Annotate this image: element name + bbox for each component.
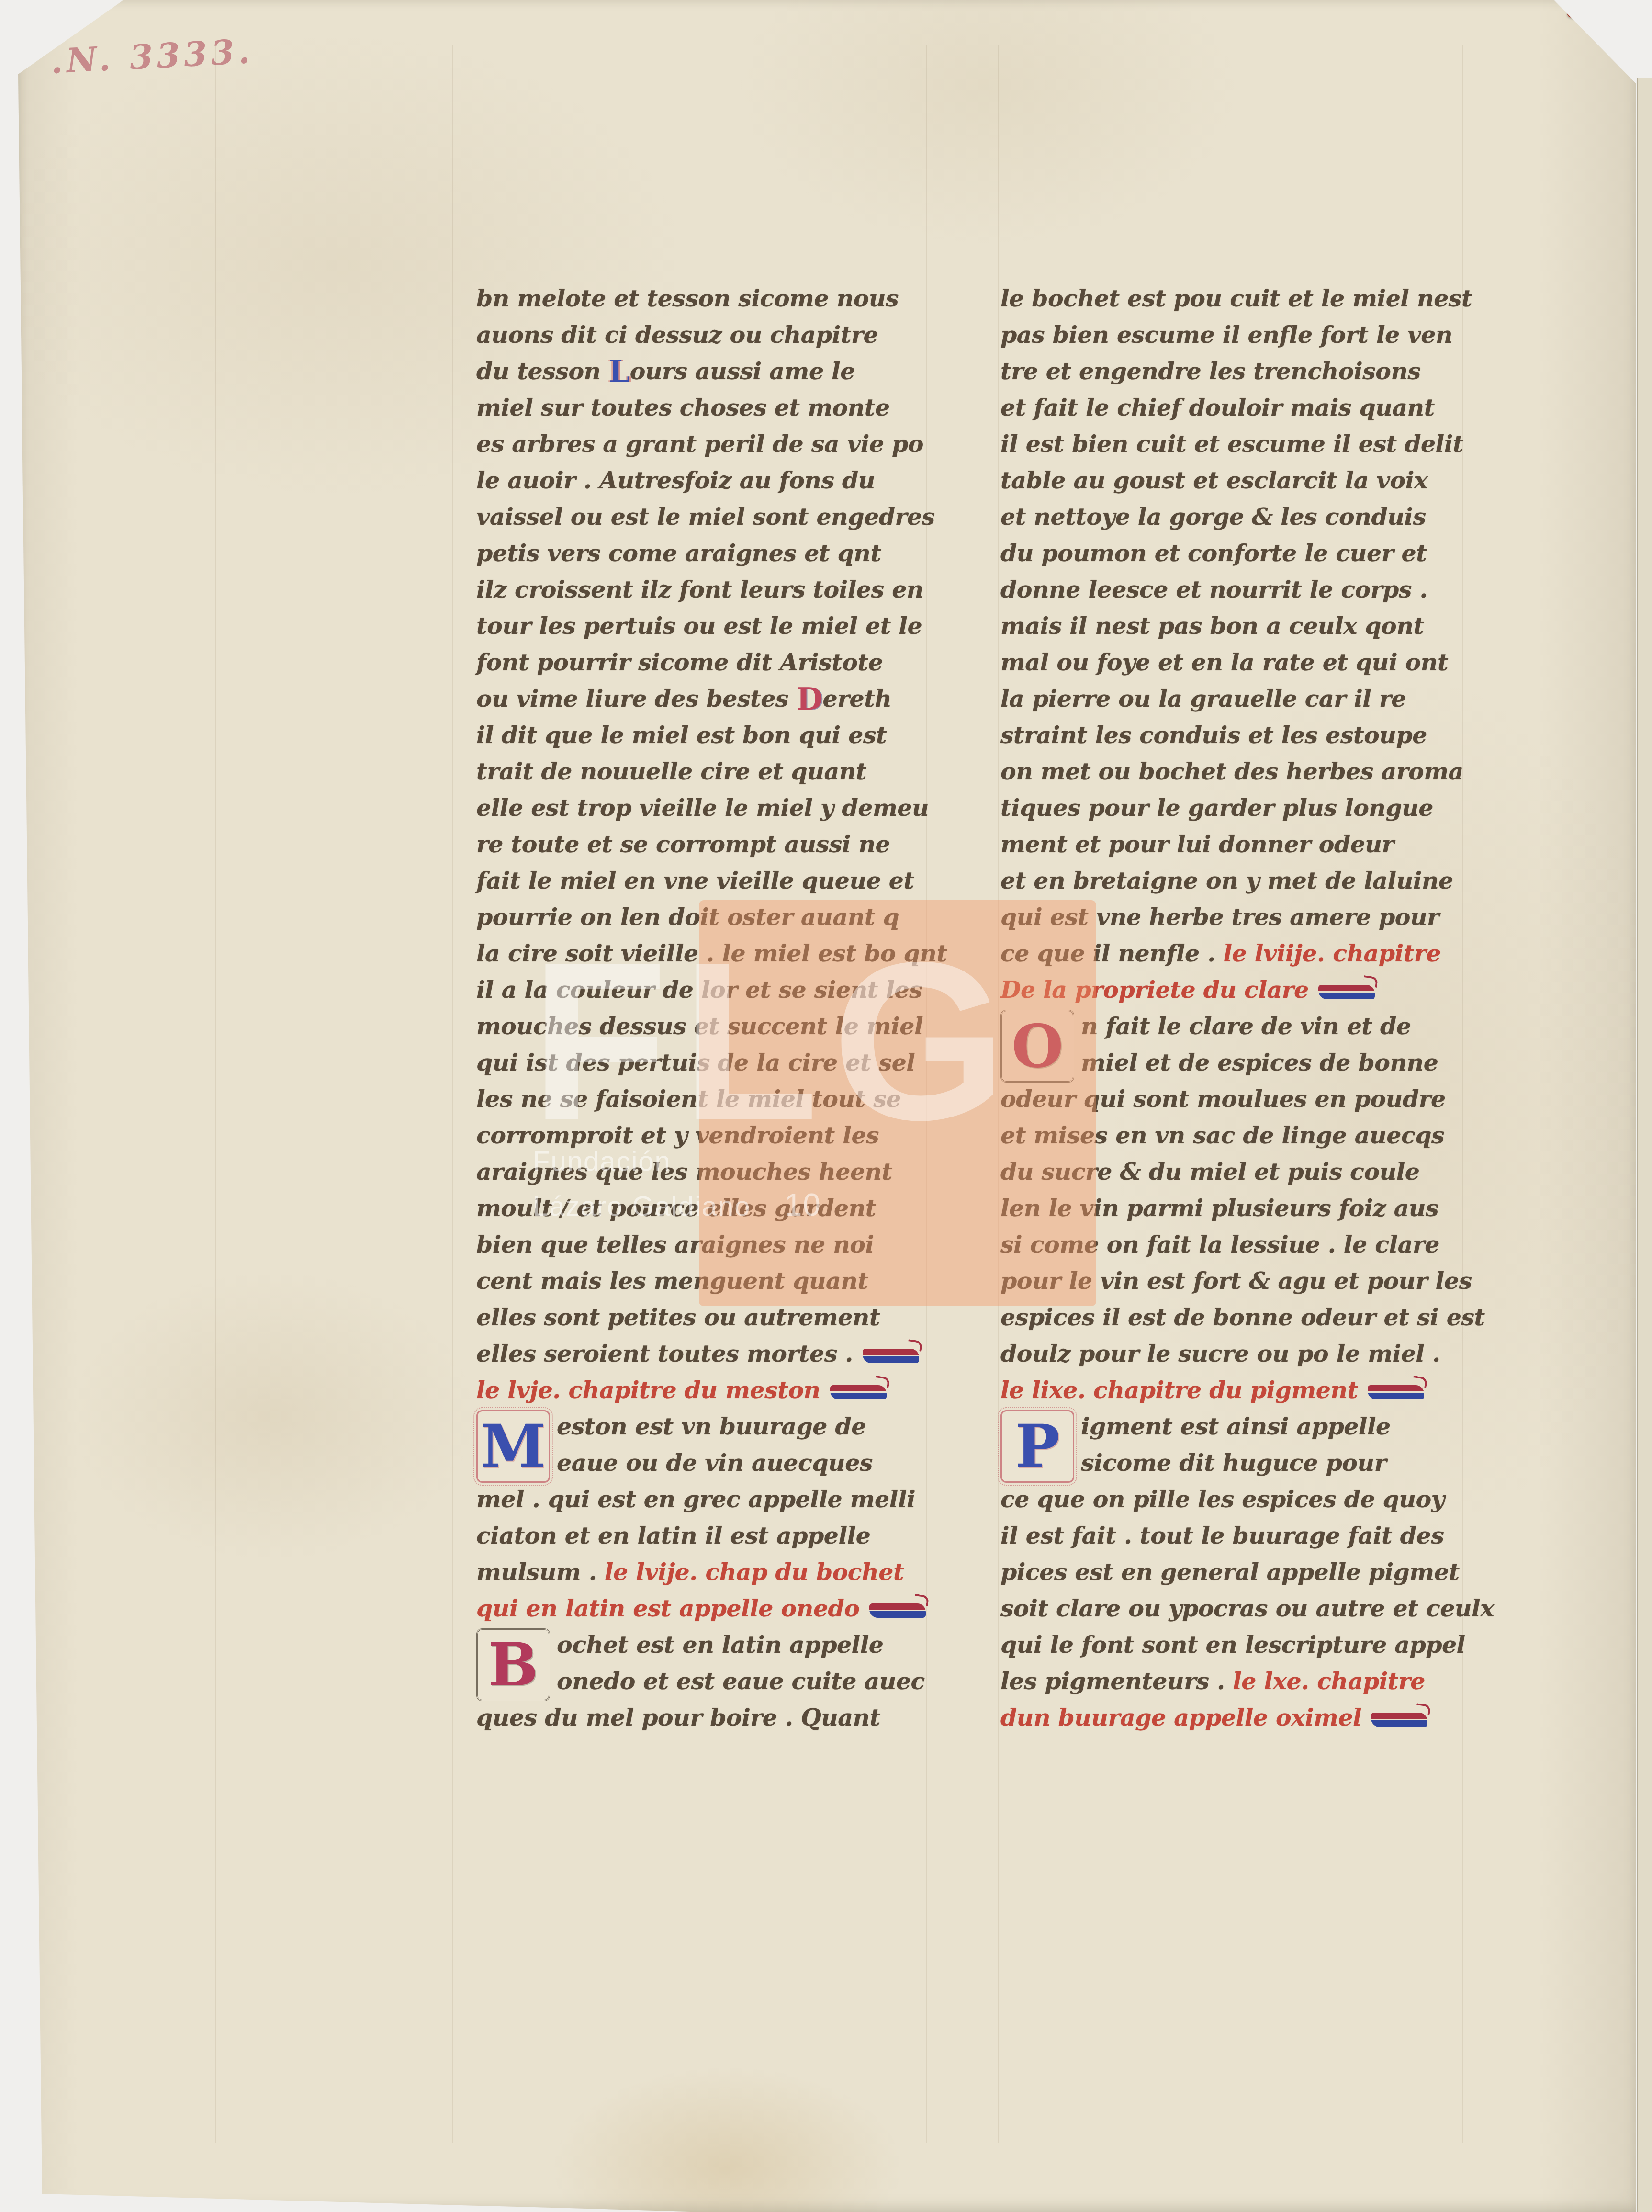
manuscript-line: eaue ou de vin auecques xyxy=(476,1445,931,1481)
text-segment: re toute et se corrompt aussi ne xyxy=(476,830,890,858)
manuscript-line: le auoir . Autresfoiz au fons du xyxy=(476,462,931,498)
manuscript-line: corromproit et y vendroient les xyxy=(476,1117,931,1153)
text-segment: elles seroient toutes mortes . xyxy=(476,1340,853,1367)
text-segment: pour le vin est fort & agu et pour les xyxy=(1000,1267,1472,1295)
manuscript-line: donne leesce et nourrit le corps . xyxy=(1000,571,1460,608)
manuscript-line: es arbres a grant peril de sa vie po xyxy=(476,426,931,462)
manuscript-line: mel . qui est en grec appelle melli xyxy=(476,1481,931,1517)
text-segment: le auoir . Autresfoiz au fons du xyxy=(476,466,875,494)
text-segment: soit clare ou ypocras ou autre et ceulx xyxy=(1000,1594,1494,1622)
endband-binding-thread xyxy=(1566,0,1652,45)
page-fore-edge xyxy=(1637,78,1652,2212)
manuscript-line: ment et pour lui donner odeur xyxy=(1000,826,1460,862)
text-segment: araignes que les mouches heent xyxy=(476,1158,892,1185)
manuscript-line: pas bien escume il enfle fort le ven xyxy=(1000,316,1460,353)
manuscript-line: ques du mel pour boire . Quant xyxy=(476,1699,931,1736)
manuscript-line: les ne se faisoient le miel tout se xyxy=(476,1081,931,1117)
manuscript-line: et mises en vn sac de linge auecqs xyxy=(1000,1117,1460,1153)
text-column-right: le bochet est pou cuit et le miel nestpa… xyxy=(1000,280,1460,1736)
text-segment: moult / et pource elles gardent xyxy=(476,1194,876,1222)
manuscript-line: miel sur toutes choses et monte xyxy=(476,389,931,426)
manuscript-line: mouches dessus et succent le miel xyxy=(476,1008,931,1044)
text-segment: miel et de espices de bonne xyxy=(1081,1049,1438,1076)
manuscript-line: pour le vin est fort & agu et pour les xyxy=(1000,1263,1460,1299)
manuscript-line: le lvje. chapitre du meston xyxy=(476,1372,931,1408)
text-segment: mal ou foye et en la rate et qui ont xyxy=(1000,648,1448,676)
manuscript-line: du poumon et conforte le cuer et xyxy=(1000,535,1460,571)
manuscript-line: ilz croissent ilz font leurs toiles en xyxy=(476,571,931,608)
manuscript-line: font pourrir sicome dit Aristote xyxy=(476,644,931,680)
manuscript-line: cent mais les menguent quant xyxy=(476,1263,931,1299)
text-segment: ce que on pille les espices de quoy xyxy=(1000,1485,1445,1513)
manuscript-line: Bochet est en latin appelle xyxy=(476,1626,931,1663)
text-segment: et mises en vn sac de linge auecqs xyxy=(1000,1121,1444,1149)
manuscript-line: elles sont petites ou autrement xyxy=(476,1299,931,1335)
text-segment: fait le miel en vne vieille queue et xyxy=(476,867,914,894)
manuscript-line: et en bretaigne on y met de laluine xyxy=(1000,862,1460,899)
text-segment: eaue ou de vin auecques xyxy=(557,1449,873,1477)
line-filler-ornament xyxy=(1318,985,1375,999)
ruling-line xyxy=(1462,45,1463,2143)
text-segment: espices il est de bonne odeur et si est xyxy=(1000,1303,1485,1331)
text-segment: la pierre ou la grauelle car il re xyxy=(1000,685,1406,712)
text-segment: ilz croissent ilz font leurs toiles en xyxy=(476,576,923,603)
text-segment: doulz pour le sucre ou po le miel . xyxy=(1000,1340,1440,1367)
text-segment: tiques pour le garder plus longue xyxy=(1000,794,1433,822)
text-segment: ment et pour lui donner odeur xyxy=(1000,830,1394,858)
text-segment: les pigmenteurs . xyxy=(1000,1667,1233,1695)
text-segment: trait de nouuelle cire et quant xyxy=(476,757,866,785)
manuscript-line: miel et de espices de bonne xyxy=(1000,1044,1460,1081)
manuscript-line: Pigment est ainsi appelle xyxy=(1000,1408,1460,1445)
manuscript-line: vaissel ou est le miel sont engedres xyxy=(476,498,931,535)
manuscript-line: il dit que le miel est bon qui est xyxy=(476,717,931,753)
manuscript-line: ciaton et en latin il est appelle xyxy=(476,1517,931,1554)
text-segment: ereth xyxy=(823,685,892,712)
text-segment: les ne se faisoient le miel tout se xyxy=(476,1085,901,1113)
manuscript-line: On fait le clare de vin et de xyxy=(1000,1008,1460,1044)
text-segment: qui le font sont en lescripture appel xyxy=(1000,1631,1465,1659)
manuscript-line: doulz pour le sucre ou po le miel . xyxy=(1000,1335,1460,1372)
text-segment: tre et engendre les trenchoisons xyxy=(1000,357,1421,385)
rubric-segment: le lvje. chapitre du meston xyxy=(476,1376,820,1404)
text-segment: es arbres a grant peril de sa vie po xyxy=(476,430,923,458)
rubric-segment: le lvije. chap du bochet xyxy=(605,1558,904,1586)
text-segment: eston est vn buurage de xyxy=(557,1412,866,1440)
text-segment: il dit que le miel est bon qui est xyxy=(476,721,887,749)
text-segment: ce que il nenfle . xyxy=(1000,939,1223,967)
manuscript-line: et nettoye la gorge & les conduis xyxy=(1000,498,1460,535)
text-segment: mais il nest pas bon a ceulx qont xyxy=(1000,612,1424,640)
text-segment: ours aussi ame le xyxy=(630,357,855,385)
manuscript-line: on met ou bochet des herbes aroma xyxy=(1000,753,1460,790)
manuscript-line: le bochet est pou cuit et le miel nest xyxy=(1000,280,1460,316)
text-segment: pas bien escume il enfle fort le ven xyxy=(1000,321,1452,349)
text-segment: cent mais les menguent quant xyxy=(476,1267,868,1295)
text-segment: pices est en general appelle pigmet xyxy=(1000,1558,1460,1586)
manuscript-line: la pierre ou la grauelle car il re xyxy=(1000,680,1460,717)
ruling-line xyxy=(998,45,999,2143)
manuscript-line: il a la couleur de lor et se sient les xyxy=(476,971,931,1008)
manuscript-line: elle est trop vieille le miel y demeu xyxy=(476,790,931,826)
manuscript-line: si come on fait la lessiue . le clare xyxy=(1000,1226,1460,1263)
text-segment: mouches dessus et succent le miel xyxy=(476,1012,923,1040)
manuscript-line: onedo et est eaue cuite auec xyxy=(476,1663,931,1699)
manuscript-line: tour les pertuis ou est le miel et le xyxy=(476,608,931,644)
manuscript-line: mal ou foye et en la rate et qui ont xyxy=(1000,644,1460,680)
manuscript-line: auons dit ci dessuz ou chapitre xyxy=(476,316,931,353)
manuscript-line: straint les conduis et les estoupe xyxy=(1000,717,1460,753)
line-filler-ornament xyxy=(1368,1385,1424,1399)
text-segment: elle est trop vieille le miel y demeu xyxy=(476,794,929,822)
manuscript-line: tiques pour le garder plus longue xyxy=(1000,790,1460,826)
text-segment: miel sur toutes choses et monte xyxy=(476,394,890,421)
text-column-left: bn melote et tesson sicome nousauons dit… xyxy=(476,280,931,1736)
text-segment: straint les conduis et les estoupe xyxy=(1000,721,1427,749)
text-segment: mulsum . xyxy=(476,1558,605,1586)
text-segment: ochet est en latin appelle xyxy=(557,1631,883,1659)
manuscript-line: les pigmenteurs . le lxe. chapitre xyxy=(1000,1663,1460,1699)
text-segment: elles sont petites ou autrement xyxy=(476,1303,880,1331)
text-segment: il est bien cuit et escume il est delit xyxy=(1000,430,1463,458)
text-segment: auons dit ci dessuz ou chapitre xyxy=(476,321,878,349)
manuscript-line: re toute et se corrompt aussi ne xyxy=(476,826,931,862)
ruling-line xyxy=(452,45,453,2143)
inline-initial: L xyxy=(608,354,630,390)
manuscript-line: qui le font sont en lescripture appel xyxy=(1000,1626,1460,1663)
manuscript-line: trait de nouuelle cire et quant xyxy=(476,753,931,790)
manuscript-line: ce que on pille les espices de quoy xyxy=(1000,1481,1460,1517)
text-segment: igment est ainsi appelle xyxy=(1081,1412,1391,1440)
rubric-segment: le lxe. chapitre xyxy=(1233,1667,1425,1695)
text-segment: ou vime liure des bestes xyxy=(476,685,797,712)
manuscript-line: Meston est vn buurage de xyxy=(476,1408,931,1445)
manuscript-line: et fait le chief douloir mais quant xyxy=(1000,389,1460,426)
line-filler-ornament xyxy=(869,1603,926,1618)
text-segment: n fait le clare de vin et de xyxy=(1081,1012,1411,1040)
rubric-segment: le lviije. chapitre xyxy=(1223,939,1440,967)
text-segment: du poumon et conforte le cuer et xyxy=(1000,539,1427,567)
text-segment: len le vin parmi plusieurs foiz aus xyxy=(1000,1194,1438,1222)
manuscript-line: du tesson Lours aussi ame le xyxy=(476,353,931,389)
text-segment: table au goust et esclarcit la voix xyxy=(1000,466,1427,494)
line-filler-ornament xyxy=(863,1349,919,1363)
text-segment: il est fait . tout le buurage fait des xyxy=(1000,1522,1444,1549)
text-segment: il a la couleur de lor et se sient les xyxy=(476,976,922,1004)
manuscript-line: soit clare ou ypocras ou autre et ceulx xyxy=(1000,1590,1460,1626)
manuscript-line: qui ist des pertuis de la cire et sel xyxy=(476,1044,931,1081)
text-segment: si come on fait la lessiue . le clare xyxy=(1000,1230,1439,1258)
manuscript-line: le lixe. chapitre du pigment xyxy=(1000,1372,1460,1408)
text-segment: donne leesce et nourrit le corps . xyxy=(1000,576,1427,603)
text-segment: onedo et est eaue cuite auec xyxy=(557,1667,925,1695)
manuscript-line: dun buurage appelle oximel xyxy=(1000,1699,1460,1736)
manuscript-page: .N. 3333. bn melote et tesson sicome nou… xyxy=(13,0,1636,2212)
manuscript-line: pices est en general appelle pigmet xyxy=(1000,1554,1460,1590)
rubric-segment: dun buurage appelle oximel xyxy=(1000,1704,1361,1731)
manuscript-line: table au goust et esclarcit la voix xyxy=(1000,462,1460,498)
text-segment: bien que telles araignes ne noi xyxy=(476,1230,874,1258)
text-segment: font pourrir sicome dit Aristote xyxy=(476,648,883,676)
manuscript-line: bien que telles araignes ne noi xyxy=(476,1226,931,1263)
text-segment: du tesson xyxy=(476,357,608,385)
line-filler-ornament xyxy=(1371,1713,1427,1727)
text-segment: le bochet est pou cuit et le miel nest xyxy=(1000,284,1472,312)
text-segment: ques du mel pour boire . Quant xyxy=(476,1704,880,1731)
text-segment: du sucre & du miel et puis coule xyxy=(1000,1158,1420,1185)
text-segment: qui est vne herbe tres amere pour xyxy=(1000,903,1439,931)
manuscript-line: moult / et pource elles gardent xyxy=(476,1190,931,1226)
text-segment: la cire soit vieille . le miel est bo qn… xyxy=(476,939,947,967)
text-segment: tour les pertuis ou est le miel et le xyxy=(476,612,922,640)
text-segment: ciaton et en latin il est appelle xyxy=(476,1522,870,1549)
manuscript-line: mais il nest pas bon a ceulx qont xyxy=(1000,608,1460,644)
manuscript-line: pourrie on len doit oster auant q xyxy=(476,899,931,935)
manuscript-line: De la propriete du clare xyxy=(1000,971,1460,1008)
manuscript-line: ou vime liure des bestes Dereth xyxy=(476,680,931,717)
manuscript-line: il est fait . tout le buurage fait des xyxy=(1000,1517,1460,1554)
text-segment: petis vers come araignes et qnt xyxy=(476,539,881,567)
manuscript-line: petis vers come araignes et qnt xyxy=(476,535,931,571)
text-segment: et nettoye la gorge & les conduis xyxy=(1000,503,1426,530)
text-segment: mel . qui est en grec appelle melli xyxy=(476,1485,915,1513)
ruling-line xyxy=(215,45,216,2143)
text-segment: odeur qui sont moulues en poudre xyxy=(1000,1085,1446,1113)
text-segment: vaissel ou est le miel sont engedres xyxy=(476,503,935,530)
inline-initial: D xyxy=(797,681,823,717)
manuscript-line: ce que il nenfle . le lviije. chapitre xyxy=(1000,935,1460,971)
text-segment: bn melote et tesson sicome nous xyxy=(476,284,899,312)
line-filler-ornament xyxy=(830,1385,887,1399)
rubric-segment: De la propriete du clare xyxy=(1000,976,1309,1004)
text-segment: et fait le chief douloir mais quant xyxy=(1000,394,1435,421)
manuscript-line: tre et engendre les trenchoisons xyxy=(1000,353,1460,389)
manuscript-line: qui est vne herbe tres amere pour xyxy=(1000,899,1460,935)
text-segment: qui ist des pertuis de la cire et sel xyxy=(476,1049,915,1076)
rubric-segment: qui en latin est appelle onedo xyxy=(476,1594,860,1622)
manuscript-line: sicome dit huguce pour xyxy=(1000,1445,1460,1481)
manuscript-line: mulsum . le lvije. chap du bochet xyxy=(476,1554,931,1590)
manuscript-line: du sucre & du miel et puis coule xyxy=(1000,1153,1460,1190)
manuscript-line: araignes que les mouches heent xyxy=(476,1153,931,1190)
text-segment: corromproit et y vendroient les xyxy=(476,1121,879,1149)
text-segment: pourrie on len doit oster auant q xyxy=(476,903,899,931)
manuscript-line: bn melote et tesson sicome nous xyxy=(476,280,931,316)
manuscript-line: elles seroient toutes mortes . xyxy=(476,1335,931,1372)
text-segment: sicome dit huguce pour xyxy=(1081,1449,1386,1477)
manuscript-line: il est bien cuit et escume il est delit xyxy=(1000,426,1460,462)
text-segment: on met ou bochet des herbes aroma xyxy=(1000,757,1463,785)
folio-number-annotation: .N. 3333. xyxy=(50,31,255,81)
manuscript-line: la cire soit vieille . le miel est bo qn… xyxy=(476,935,931,971)
manuscript-line: espices il est de bonne odeur et si est xyxy=(1000,1299,1460,1335)
manuscript-line: qui en latin est appelle onedo xyxy=(476,1590,931,1626)
text-segment: et en bretaigne on y met de laluine xyxy=(1000,867,1453,894)
manuscript-line: fait le miel en vne vieille queue et xyxy=(476,862,931,899)
manuscript-line: odeur qui sont moulues en poudre xyxy=(1000,1081,1460,1117)
manuscript-line: len le vin parmi plusieurs foiz aus xyxy=(1000,1190,1460,1226)
rubric-segment: le lixe. chapitre du pigment xyxy=(1000,1376,1358,1404)
